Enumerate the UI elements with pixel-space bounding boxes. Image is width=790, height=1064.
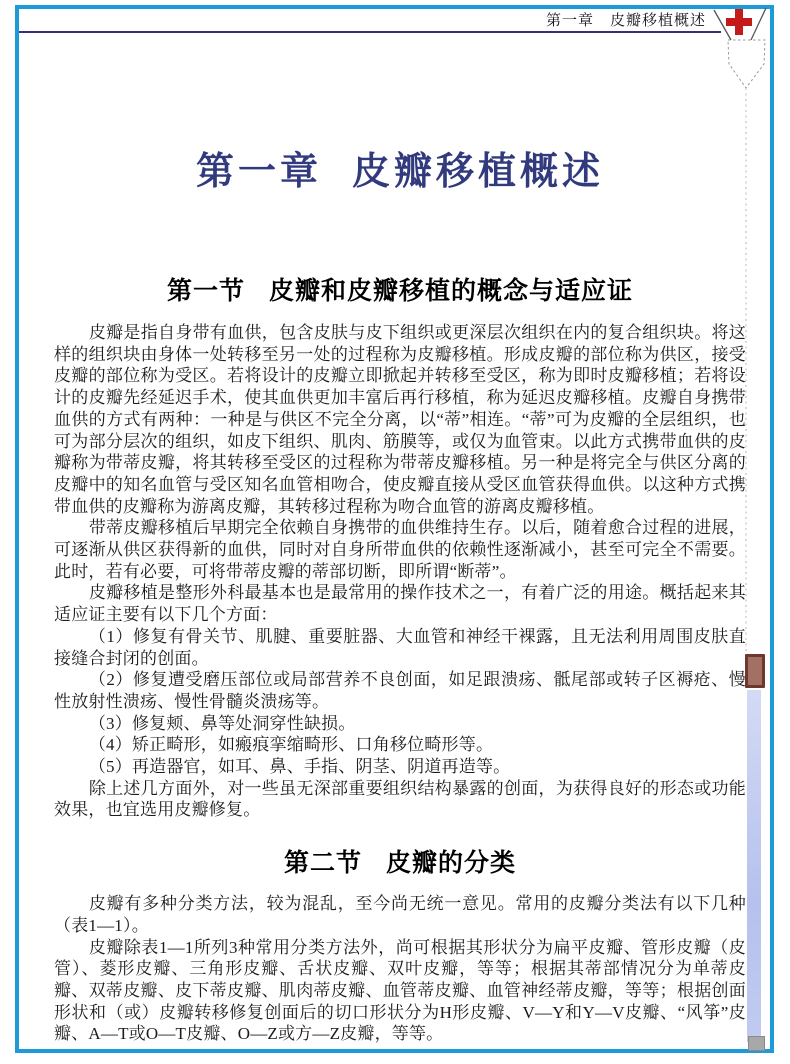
- paragraph: 除上述几方面外，对一些虽无深部重要组织结构暴露的创面，为获得良好的形态或功能效果…: [54, 778, 746, 821]
- section-1-body: 皮瓣是指自身带有血供，包含皮肤与皮下组织或更深层次组织在内的复合组织块。将这样的…: [54, 322, 746, 821]
- section-2-body: 皮瓣有多种分类方法，较为混乱，至今尚无统一意见。常用的皮瓣分类法有以下几种（表1…: [54, 893, 746, 1045]
- paragraph: 皮瓣除表1—1所列3种常用分类方法外，尚可根据其形状分为扁平皮瓣、管形皮瓣（皮管…: [54, 937, 746, 1046]
- page-curl-shadow: [747, 690, 761, 1042]
- section-2-number: 第二节: [284, 849, 362, 877]
- paragraph: 皮瓣移植是整形外科最基本也是最常用的操作技术之一，有着广泛的用途。概括起来其适应…: [54, 582, 746, 625]
- section-1-heading: 第一节皮瓣和皮瓣移植的概念与适应证: [54, 271, 746, 307]
- page-content: 第一章皮瓣移植概述 第一节皮瓣和皮瓣移植的概念与适应证 皮瓣是指自身带有血供，包…: [54, 130, 746, 1045]
- paragraph: 带蒂皮瓣移植后早期完全依赖自身携带的血供维持生存。以后，随着愈合过程的进展，可逐…: [54, 517, 746, 582]
- paragraph: 皮瓣有多种分类方法，较为混乱，至今尚无统一意见。常用的皮瓣分类法有以下几种（表1…: [54, 893, 746, 936]
- header-rule: [19, 31, 721, 33]
- chapter-title: 第一章皮瓣移植概述: [54, 140, 746, 195]
- list-item-paragraph: （1）修复有骨关节、肌腱、重要脏器、大血管和神经干裸露，且无法利用周围皮肤直接缝…: [54, 626, 746, 669]
- book-page: { "header": { "running_title": "第一章 皮瓣移植…: [0, 0, 790, 1064]
- bookmark-tab: [745, 654, 765, 688]
- chapter-name: 皮瓣移植概述: [352, 151, 604, 193]
- section-1-name: 皮瓣和皮瓣移植的概念与适应证: [269, 277, 633, 305]
- section-2-name: 皮瓣的分类: [386, 849, 516, 877]
- list-item-paragraph: （2）修复遭受磨压部位或局部营养不良创面，如足跟溃疡、骶尾部或转子区褥疮、慢性放…: [54, 669, 746, 712]
- running-header: 第一章 皮瓣移植概述: [0, 9, 706, 30]
- list-item-paragraph: （5）再造器官，如耳、鼻、手指、阴茎、阴道再造等。: [54, 756, 746, 778]
- page-corner-mark: [748, 1036, 765, 1051]
- section-2-heading: 第二节皮瓣的分类: [54, 843, 746, 879]
- section-1-number: 第一节: [167, 277, 245, 305]
- paragraph: 皮瓣是指自身带有血供，包含皮肤与皮下组织或更深层次组织在内的复合组织块。将这样的…: [54, 322, 746, 517]
- list-item-paragraph: （4）矫正畸形，如瘢痕挛缩畸形、口角移位畸形等。: [54, 734, 746, 756]
- list-item-paragraph: （3）修复颊、鼻等处洞穿性缺损。: [54, 713, 746, 735]
- chapter-number: 第一章: [196, 151, 322, 193]
